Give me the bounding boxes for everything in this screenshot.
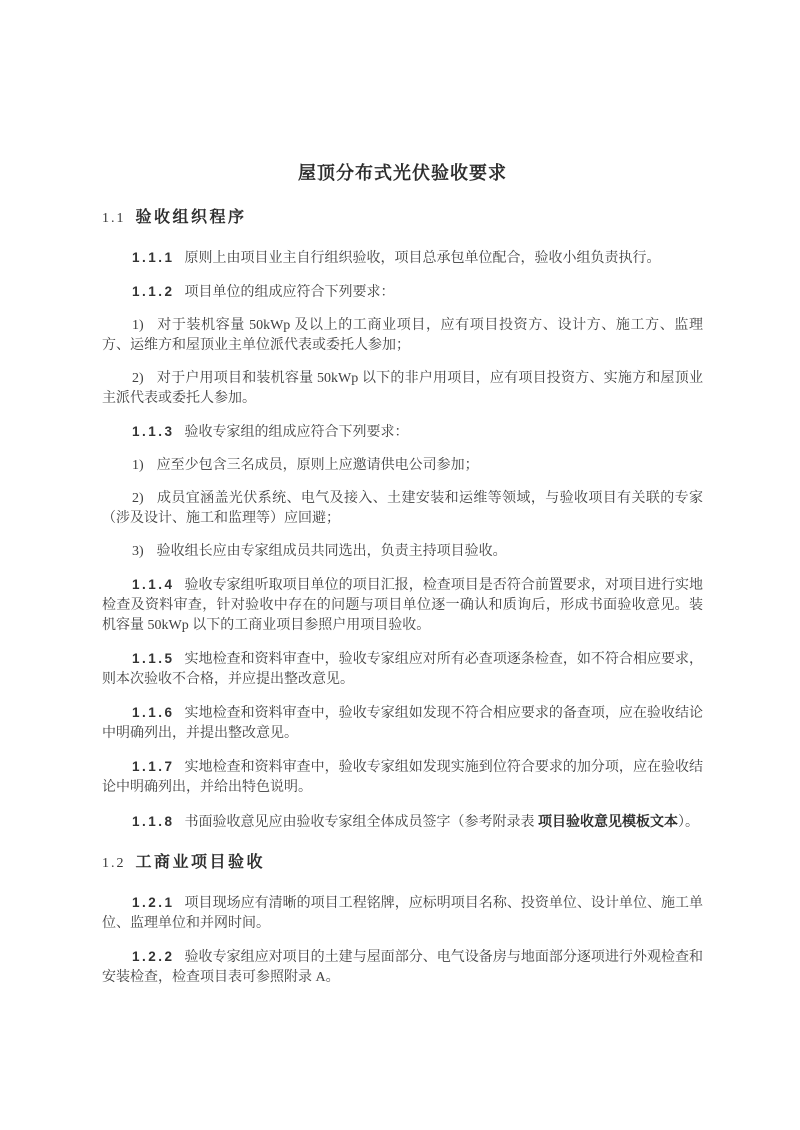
clause-text: 验收专家组应对项目的土建与屋面部分、电气设备房与地面部分逐项进行外观检查和安装检… <box>102 950 703 985</box>
list-item-2: 2)成员宜涵盖光伏系统、电气及接入、土建安装和运维等领域，与验收项目有关联的专家… <box>102 489 703 529</box>
clause-1-1-2: 1.1.2项目单位的组成应符合下列要求： <box>102 282 703 303</box>
document-title: 屋顶分布式光伏验收要求 <box>102 162 703 184</box>
clause-1-2-2: 1.2.2验收专家组应对项目的土建与屋面部分、电气设备房与地面部分逐项进行外观检… <box>102 947 703 988</box>
item-text: 应至少包含三名成员，原则上应邀请供电公司参加； <box>157 458 479 473</box>
clause-number: 1.1.8 <box>132 814 175 829</box>
clause-text: 验收专家组听取项目单位的项目汇报，检查项目是否符合前置要求，对项目进行实地检查及… <box>102 578 703 633</box>
section-title: 验收组织程序 <box>136 209 247 226</box>
clause-number: 1.1.5 <box>132 651 175 666</box>
clause-text: 验收专家组的组成应符合下列要求： <box>185 425 409 440</box>
item-number: 2) <box>132 371 144 386</box>
clause-1-1-1: 1.1.1原则上由项目业主自行组织验收，项目总承包单位配合，验收小组负责执行。 <box>102 248 703 269</box>
clause-number: 1.2.1 <box>132 895 175 910</box>
clause-text: 实地检查和资料审查中，验收专家组应对所有必查项逐条检查，如不符合相应要求，则本次… <box>102 652 703 687</box>
clause-text-after: ）。 <box>678 815 699 830</box>
clause-1-1-7: 1.1.7实地检查和资料审查中，验收专家组如发现实施到位符合要求的加分项，应在验… <box>102 757 703 798</box>
clause-number: 1.1.1 <box>132 250 175 265</box>
section-heading-1-1: 1.1验收组织程序 <box>102 208 703 229</box>
section-heading-1-2: 1.2工商业项目验收 <box>102 853 703 874</box>
section-number: 1.1 <box>102 211 126 226</box>
clause-1-1-5: 1.1.5实地检查和资料审查中，验收专家组应对所有必查项逐条检查，如不符合相应要… <box>102 649 703 690</box>
clause-1-1-6: 1.1.6实地检查和资料审查中，验收专家组如发现不符合相应要求的备查项，应在验收… <box>102 703 703 744</box>
clause-text: 项目单位的组成应符合下列要求： <box>185 285 395 300</box>
list-item-1: 1)应至少包含三名成员，原则上应邀请供电公司参加； <box>102 456 703 476</box>
section-number: 1.2 <box>102 856 126 871</box>
item-text: 验收组长应由专家组成员共同选出，负责主持项目验收。 <box>157 544 507 559</box>
clause-text: 原则上由项目业主自行组织验收，项目总承包单位配合，验收小组负责执行。 <box>185 251 661 266</box>
clause-number: 1.1.6 <box>132 705 175 720</box>
clause-text: 项目现场应有清晰的项目工程铭牌，应标明项目名称、投资单位、设计单位、施工单位、监… <box>102 896 703 931</box>
item-text: 成员宜涵盖光伏系统、电气及接入、土建安装和运维等领域，与验收项目有关联的专家（涉… <box>102 491 703 526</box>
clause-number: 1.1.4 <box>132 577 175 592</box>
item-number: 1) <box>132 318 144 333</box>
list-item-2: 2)对于户用项目和装机容量 50kWp 以下的非户用项目，应有项目投资方、实施方… <box>102 369 703 409</box>
clause-1-1-3: 1.1.3验收专家组的组成应符合下列要求： <box>102 422 703 443</box>
clause-bold-text: 项目验收意见模板文本 <box>538 813 678 829</box>
item-number: 1) <box>132 458 144 473</box>
list-item-1: 1)对于装机容量 50kWp 及以上的工商业项目，应有项目投资方、设计方、施工方… <box>102 316 703 356</box>
clause-number: 1.2.2 <box>132 949 175 964</box>
clause-number: 1.1.7 <box>132 759 175 774</box>
clause-number: 1.1.2 <box>132 284 175 299</box>
list-item-3: 3)验收组长应由专家组成员共同选出，负责主持项目验收。 <box>102 542 703 562</box>
item-number: 3) <box>132 544 144 559</box>
clause-1-2-1: 1.2.1项目现场应有清晰的项目工程铭牌，应标明项目名称、投资单位、设计单位、施… <box>102 893 703 934</box>
item-text: 对于装机容量 50kWp 及以上的工商业项目，应有项目投资方、设计方、施工方、监… <box>102 318 703 353</box>
item-number: 2) <box>132 491 144 506</box>
clause-1-1-8: 1.1.8书面验收意见应由验收专家组全体成员签字（参考附录表 项目验收意见模板文… <box>102 811 703 833</box>
section-title: 工商业项目验收 <box>136 854 266 871</box>
clause-text: 实地检查和资料审查中，验收专家组如发现不符合相应要求的备查项，应在验收结论中明确… <box>102 706 703 741</box>
document-page: 屋顶分布式光伏验收要求 1.1验收组织程序 1.1.1原则上由项目业主自行组织验… <box>0 0 800 1130</box>
clause-1-1-4: 1.1.4验收专家组听取项目单位的项目汇报，检查项目是否符合前置要求，对项目进行… <box>102 575 703 636</box>
clause-text: 书面验收意见应由验收专家组全体成员签字（参考附录表 <box>185 815 539 830</box>
clause-text: 实地检查和资料审查中，验收专家组如发现实施到位符合要求的加分项，应在验收结论中明… <box>102 760 703 795</box>
clause-number: 1.1.3 <box>132 424 175 439</box>
item-text: 对于户用项目和装机容量 50kWp 以下的非户用项目，应有项目投资方、实施方和屋… <box>102 371 703 406</box>
